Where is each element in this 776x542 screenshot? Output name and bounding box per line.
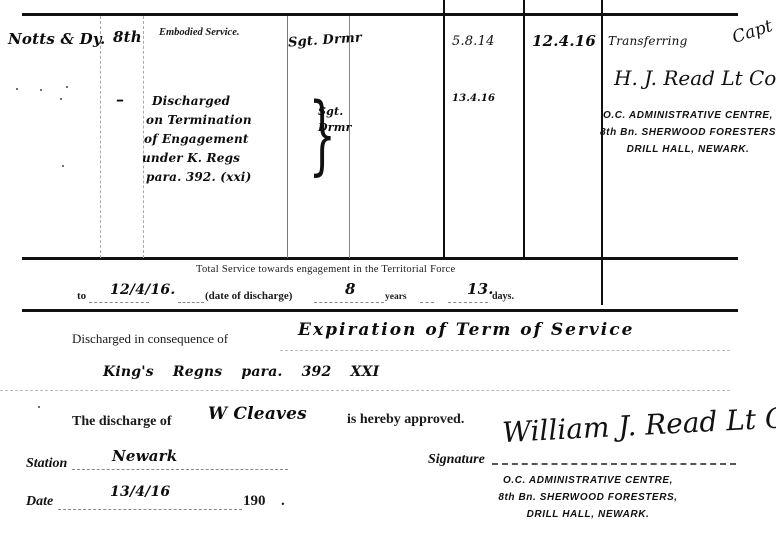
signature-stamp: O.C. ADMINISTRATIVE CENTRE, 8th Bn. SHER… (488, 472, 688, 523)
stamp-line: O.C. ADMINISTRATIVE CENTRE, (600, 107, 776, 124)
to-underline (89, 302, 149, 303)
date-label: Date (26, 494, 53, 510)
total-service-top-rule (22, 257, 738, 260)
consequence-underline-2 (0, 390, 730, 391)
scan-speck (60, 98, 62, 100)
discharge-consequence-line2: King's Regns para. 392 XXI (103, 364, 379, 380)
discharge-event-block: Discharged on Termination of Engagement … (142, 92, 292, 187)
signature-underline (492, 463, 736, 465)
event-line: on Termination (146, 111, 292, 130)
event-line: Discharged (152, 92, 292, 111)
row2-rank-cell: Sgt. Drmr (318, 104, 348, 136)
event-line: of Engagement (144, 130, 292, 149)
days-underline (448, 302, 488, 303)
soldier-name: W Cleaves (208, 404, 307, 424)
year-prefix: 190 (243, 493, 266, 510)
date-value: 13/4/16 (110, 484, 170, 500)
discharge-consequence-label: Discharged in consequence of (72, 331, 228, 347)
scan-speck (16, 88, 18, 90)
event-line: under K. Regs (142, 149, 292, 168)
to-date-value: 12/4/16. (110, 282, 175, 298)
to-label: to (77, 290, 86, 302)
corps-cell: Notts & Dy. (8, 30, 105, 48)
approval-prefix: The discharge of (72, 414, 172, 430)
station-value: Newark (112, 447, 177, 465)
date-from-cell: 5.8.14 (452, 34, 495, 49)
date-of-discharge-label: (date of discharge) (205, 290, 292, 302)
stamp-line: DRILL HALL, NEWARK. (488, 506, 688, 523)
column-divider-dates-to (523, 0, 525, 258)
date-underline (58, 509, 242, 510)
scan-speck (40, 89, 42, 91)
row2-date-cell: 13.4.16 (452, 93, 495, 104)
battalion-cell: 8th (113, 28, 142, 46)
total-service-heading: Total Service towards engagement in the … (196, 264, 455, 275)
discharge-consequence-line1: Expiration of Term of Service (298, 320, 634, 340)
dod-underline (178, 302, 204, 303)
officer-stamp: O.C. ADMINISTRATIVE CENTRE, 8th Bn. SHER… (600, 107, 776, 158)
column-divider-dates (443, 0, 445, 258)
total-service-bottom-rule (22, 309, 738, 312)
row2-dash: – (116, 90, 124, 109)
stamp-line: 8th Bn. SHERWOOD FORESTERS, (600, 124, 776, 141)
between-underline (420, 302, 434, 303)
years-underline (314, 302, 384, 303)
signature-value: William J. Read Lt Col (501, 400, 776, 449)
officer-signature: H. J. Read Lt Col (614, 66, 776, 90)
consequence-underline-1 (280, 350, 730, 351)
service-type-cell: Embodied Service. (159, 27, 239, 38)
column-guide (349, 16, 350, 258)
scan-speck (62, 165, 64, 167)
year-dot: . (281, 493, 285, 510)
station-underline (72, 469, 288, 470)
remarks-initials: Capt (730, 16, 775, 48)
table-top-rule (22, 13, 738, 16)
approval-suffix: is hereby approved. (347, 412, 464, 428)
signature-label: Signature (428, 452, 485, 468)
event-line: para. 392. (xxi) (146, 168, 292, 187)
station-label: Station (26, 456, 67, 472)
rank-cell: Sgt. Drmr (288, 30, 363, 50)
days-value: 13. (467, 280, 494, 298)
days-label: days. (492, 291, 514, 302)
years-value: 8 (345, 280, 356, 298)
column-guide (100, 16, 101, 258)
date-to-cell: 12.4.16 (532, 32, 596, 50)
stamp-line: DRILL HALL, NEWARK. (600, 141, 776, 158)
scan-speck (38, 406, 40, 408)
stamp-line: 8th Bn. SHERWOOD FORESTERS, (488, 489, 688, 506)
scan-speck (66, 86, 68, 88)
remarks-cell: Transferring (608, 34, 687, 48)
years-label: years (385, 292, 407, 302)
stamp-line: O.C. ADMINISTRATIVE CENTRE, (488, 472, 688, 489)
